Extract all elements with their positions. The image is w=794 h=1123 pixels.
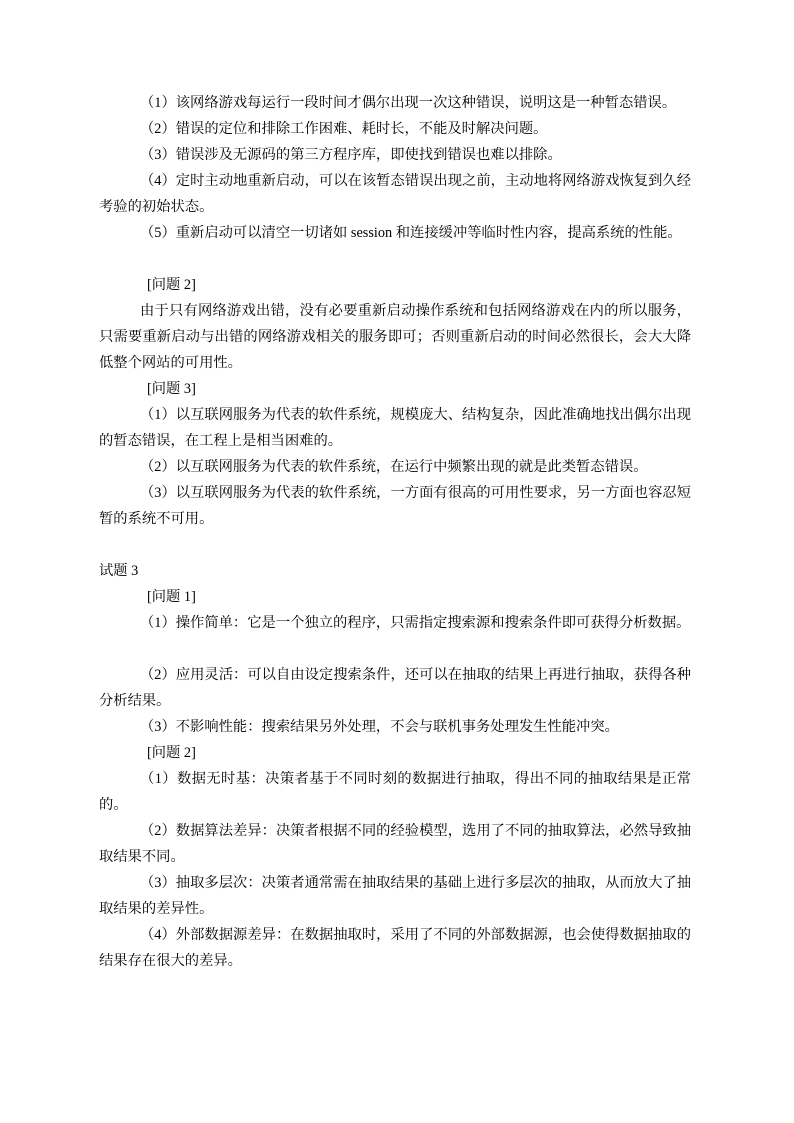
answer-item: （3）错误涉及无源码的第三方程序库，即使找到错误也难以排除。: [99, 142, 691, 168]
problem-label: [问题 2]: [99, 740, 691, 766]
exam-question-heading: 试题 3: [99, 558, 691, 584]
answer-item: （3）不影响性能：搜索结果另外处理，不会与联机事务处理发生性能冲突。: [99, 714, 691, 740]
answer-item: （5）重新启动可以清空一切诸如 session 和连接缓冲等临时性内容，提高系统…: [99, 220, 691, 246]
problem-label: [问题 1]: [99, 584, 691, 610]
answer-item: （1）该网络游戏每运行一段时间才偶尔出现一次这种错误，说明这是一种暂态错误。: [99, 90, 691, 116]
answer-item: （4）定时主动地重新启动，可以在该暂态错误出现之前，主动地将网络游戏恢复到久经考…: [99, 168, 691, 220]
answer-item: （2）以互联网服务为代表的软件系统，在运行中频繁出现的就是此类暂态错误。: [99, 454, 691, 480]
problem-label: [问题 2]: [99, 272, 691, 298]
answer-item: （4）外部数据源差异：在数据抽取时，采用了不同的外部数据源，也会使得数据抽取的结…: [99, 922, 691, 974]
document-body: （1）该网络游戏每运行一段时间才偶尔出现一次这种错误，说明这是一种暂态错误。 （…: [99, 90, 691, 974]
answer-item: （2）错误的定位和排除工作困难、耗时长，不能及时解决问题。: [99, 116, 691, 142]
blank-line: [99, 532, 691, 558]
blank-line: [99, 246, 691, 272]
answer-item: （1）数据无时基：决策者基于不同时刻的数据进行抽取，得出不同的抽取结果是正常的。: [99, 766, 691, 818]
document-page: （1）该网络游戏每运行一段时间才偶尔出现一次这种错误，说明这是一种暂态错误。 （…: [0, 0, 794, 1123]
problem-label: [问题 3]: [99, 376, 691, 402]
answer-paragraph: 由于只有网络游戏出错，没有必要重新启动操作系统和包括网络游戏在内的所以服务，只需…: [99, 298, 691, 376]
answer-item: （2）应用灵活：可以自由设定搜索条件，还可以在抽取的结果上再进行抽取，获得各种分…: [99, 662, 691, 714]
answer-item: （1）操作简单：它是一个独立的程序，只需指定搜索源和搜索条件即可获得分析数据。: [99, 610, 691, 636]
answer-item: （3）抽取多层次：决策者通常需在抽取结果的基础上进行多层次的抽取，从而放大了抽取…: [99, 870, 691, 922]
answer-item: （1）以互联网服务为代表的软件系统，规模庞大、结构复杂，因此准确地找出偶尔出现的…: [99, 402, 691, 454]
blank-line: [99, 636, 691, 662]
answer-item: （3）以互联网服务为代表的软件系统，一方面有很高的可用性要求，另一方面也容忍短暂…: [99, 480, 691, 532]
answer-item: （2）数据算法差异：决策者根据不同的经验模型，选用了不同的抽取算法，必然导致抽取…: [99, 818, 691, 870]
